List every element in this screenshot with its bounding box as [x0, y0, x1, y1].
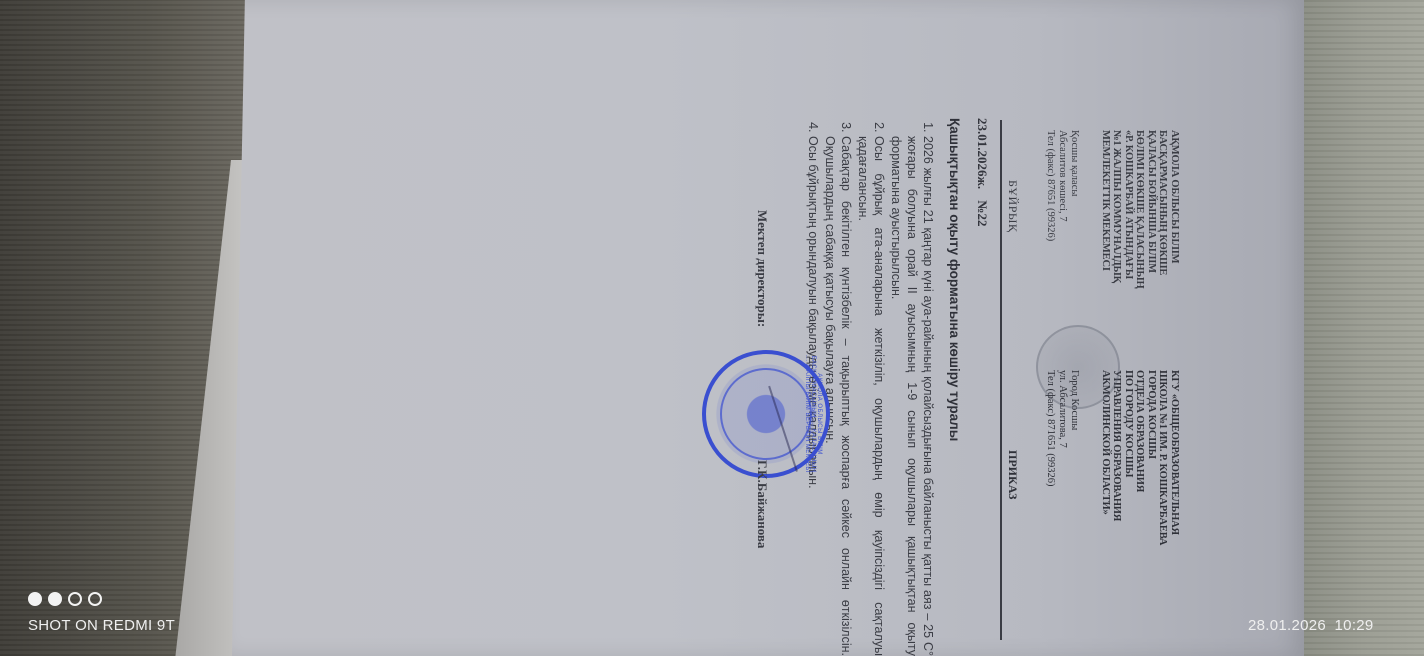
address-line: ул. Абсалитова, 7 [1056, 370, 1068, 487]
address-line: Абсалитов көшесі, 7 [1056, 130, 1068, 241]
dot-filled-icon [28, 592, 42, 606]
date-and-number: 23.01.2026ж. №22 [974, 118, 990, 227]
order-item: Осы бұйрық ата-аналарына жеткізіліп, оқу… [855, 136, 887, 656]
table-surface-right [1302, 0, 1424, 656]
stamp-text: АҚМОЛА ОБЛЫСЫ БІЛІМ БАСҚАРМАСЫНЫҢ ... ҚА… [804, 354, 822, 474]
address-line: Город Косшы [1068, 370, 1080, 487]
order-item: 2026 жылғы 21 қаңтар күні ауа-райының қо… [888, 136, 936, 656]
signer-title: Мектеп директоры: [754, 210, 770, 327]
header-line: АКМОЛИНСКОЙ ОБЛАСТИ» [1100, 370, 1112, 630]
header-line: УПРАВЛЕНИЯ ОБРАЗОВАНИЯ [1111, 370, 1123, 630]
dot-filled-icon [48, 592, 62, 606]
header-line: КГУ «ОБЩЕОБРАЗОВАТЕЛЬНАЯ [1169, 370, 1181, 630]
header-line: БАСҚАРМАСЫНЫҢ КӨКШЕ [1157, 130, 1169, 360]
header-line: МЕМЛЕКЕТТІК МЕКЕМЕСІ [1100, 130, 1112, 360]
header-line: БӨЛІМІ КӨКШЕ ҚАЛАСЫНЫҢ [1134, 130, 1146, 360]
address-line: Тел (факс) 871651 (99326) [1044, 370, 1056, 487]
dot-empty-icon [68, 592, 82, 606]
header-line: №1 ЖАЛПЫ КОММУНАЛДЫҚ [1111, 130, 1123, 360]
camera-watermark-dots [28, 592, 102, 606]
camera-watermark: SHOT ON REDMI 9T [28, 617, 175, 634]
order-subject: Қашықтықтан оқыту форматына көшіру турал… [947, 118, 962, 441]
header-line: ГОРОДА КОСШЫ [1146, 370, 1158, 630]
order-document: АҚМОЛА ОБЛЫСЫ БІЛІМ БАСҚАРМАСЫНЫҢ КӨКШЕ … [220, 30, 1180, 630]
header-line: ПО ГОРОДУ КОСШЫ [1123, 370, 1135, 630]
header-left-kz: АҚМОЛА ОБЛЫСЫ БІЛІМ БАСҚАРМАСЫНЫҢ КӨКШЕ … [1100, 130, 1181, 360]
address-line: Тел (факс) 87651 (99326) [1044, 130, 1056, 241]
header-line: ҚАЛАСЫ БОЙЫНША БІЛІМ [1146, 130, 1158, 360]
photo-timestamp: 28.01.2026 10:29 [1248, 617, 1374, 634]
signer-name: Г.К.Байжанова [754, 460, 770, 548]
header-divider [1000, 120, 1002, 640]
address-left-kz: Қосшы қаласы Абсалитов көшесі, 7 Тел (фа… [1044, 130, 1080, 241]
header-line: ШКОЛА №1 им. Р. КОШКАРБАЕВА [1157, 370, 1169, 630]
title-kz: БҰЙРЫҚ [1005, 180, 1020, 232]
header-right-ru: КГУ «ОБЩЕОБРАЗОВАТЕЛЬНАЯ ШКОЛА №1 им. Р.… [1100, 370, 1181, 630]
header-line: «Р. КОШКАРБАЙ АТЫНДАҒЫ [1123, 130, 1135, 360]
header-line: ОТДЕЛА ОБРАЗОВАНИЯ [1134, 370, 1146, 630]
header-line: АҚМОЛА ОБЛЫСЫ БІЛІМ [1169, 130, 1181, 360]
title-ru: ПРИКАЗ [1005, 450, 1020, 499]
dot-empty-icon [88, 592, 102, 606]
address-right-ru: Город Косшы ул. Абсалитова, 7 Тел (факс)… [1044, 370, 1080, 487]
address-line: Қосшы қаласы [1068, 130, 1080, 241]
